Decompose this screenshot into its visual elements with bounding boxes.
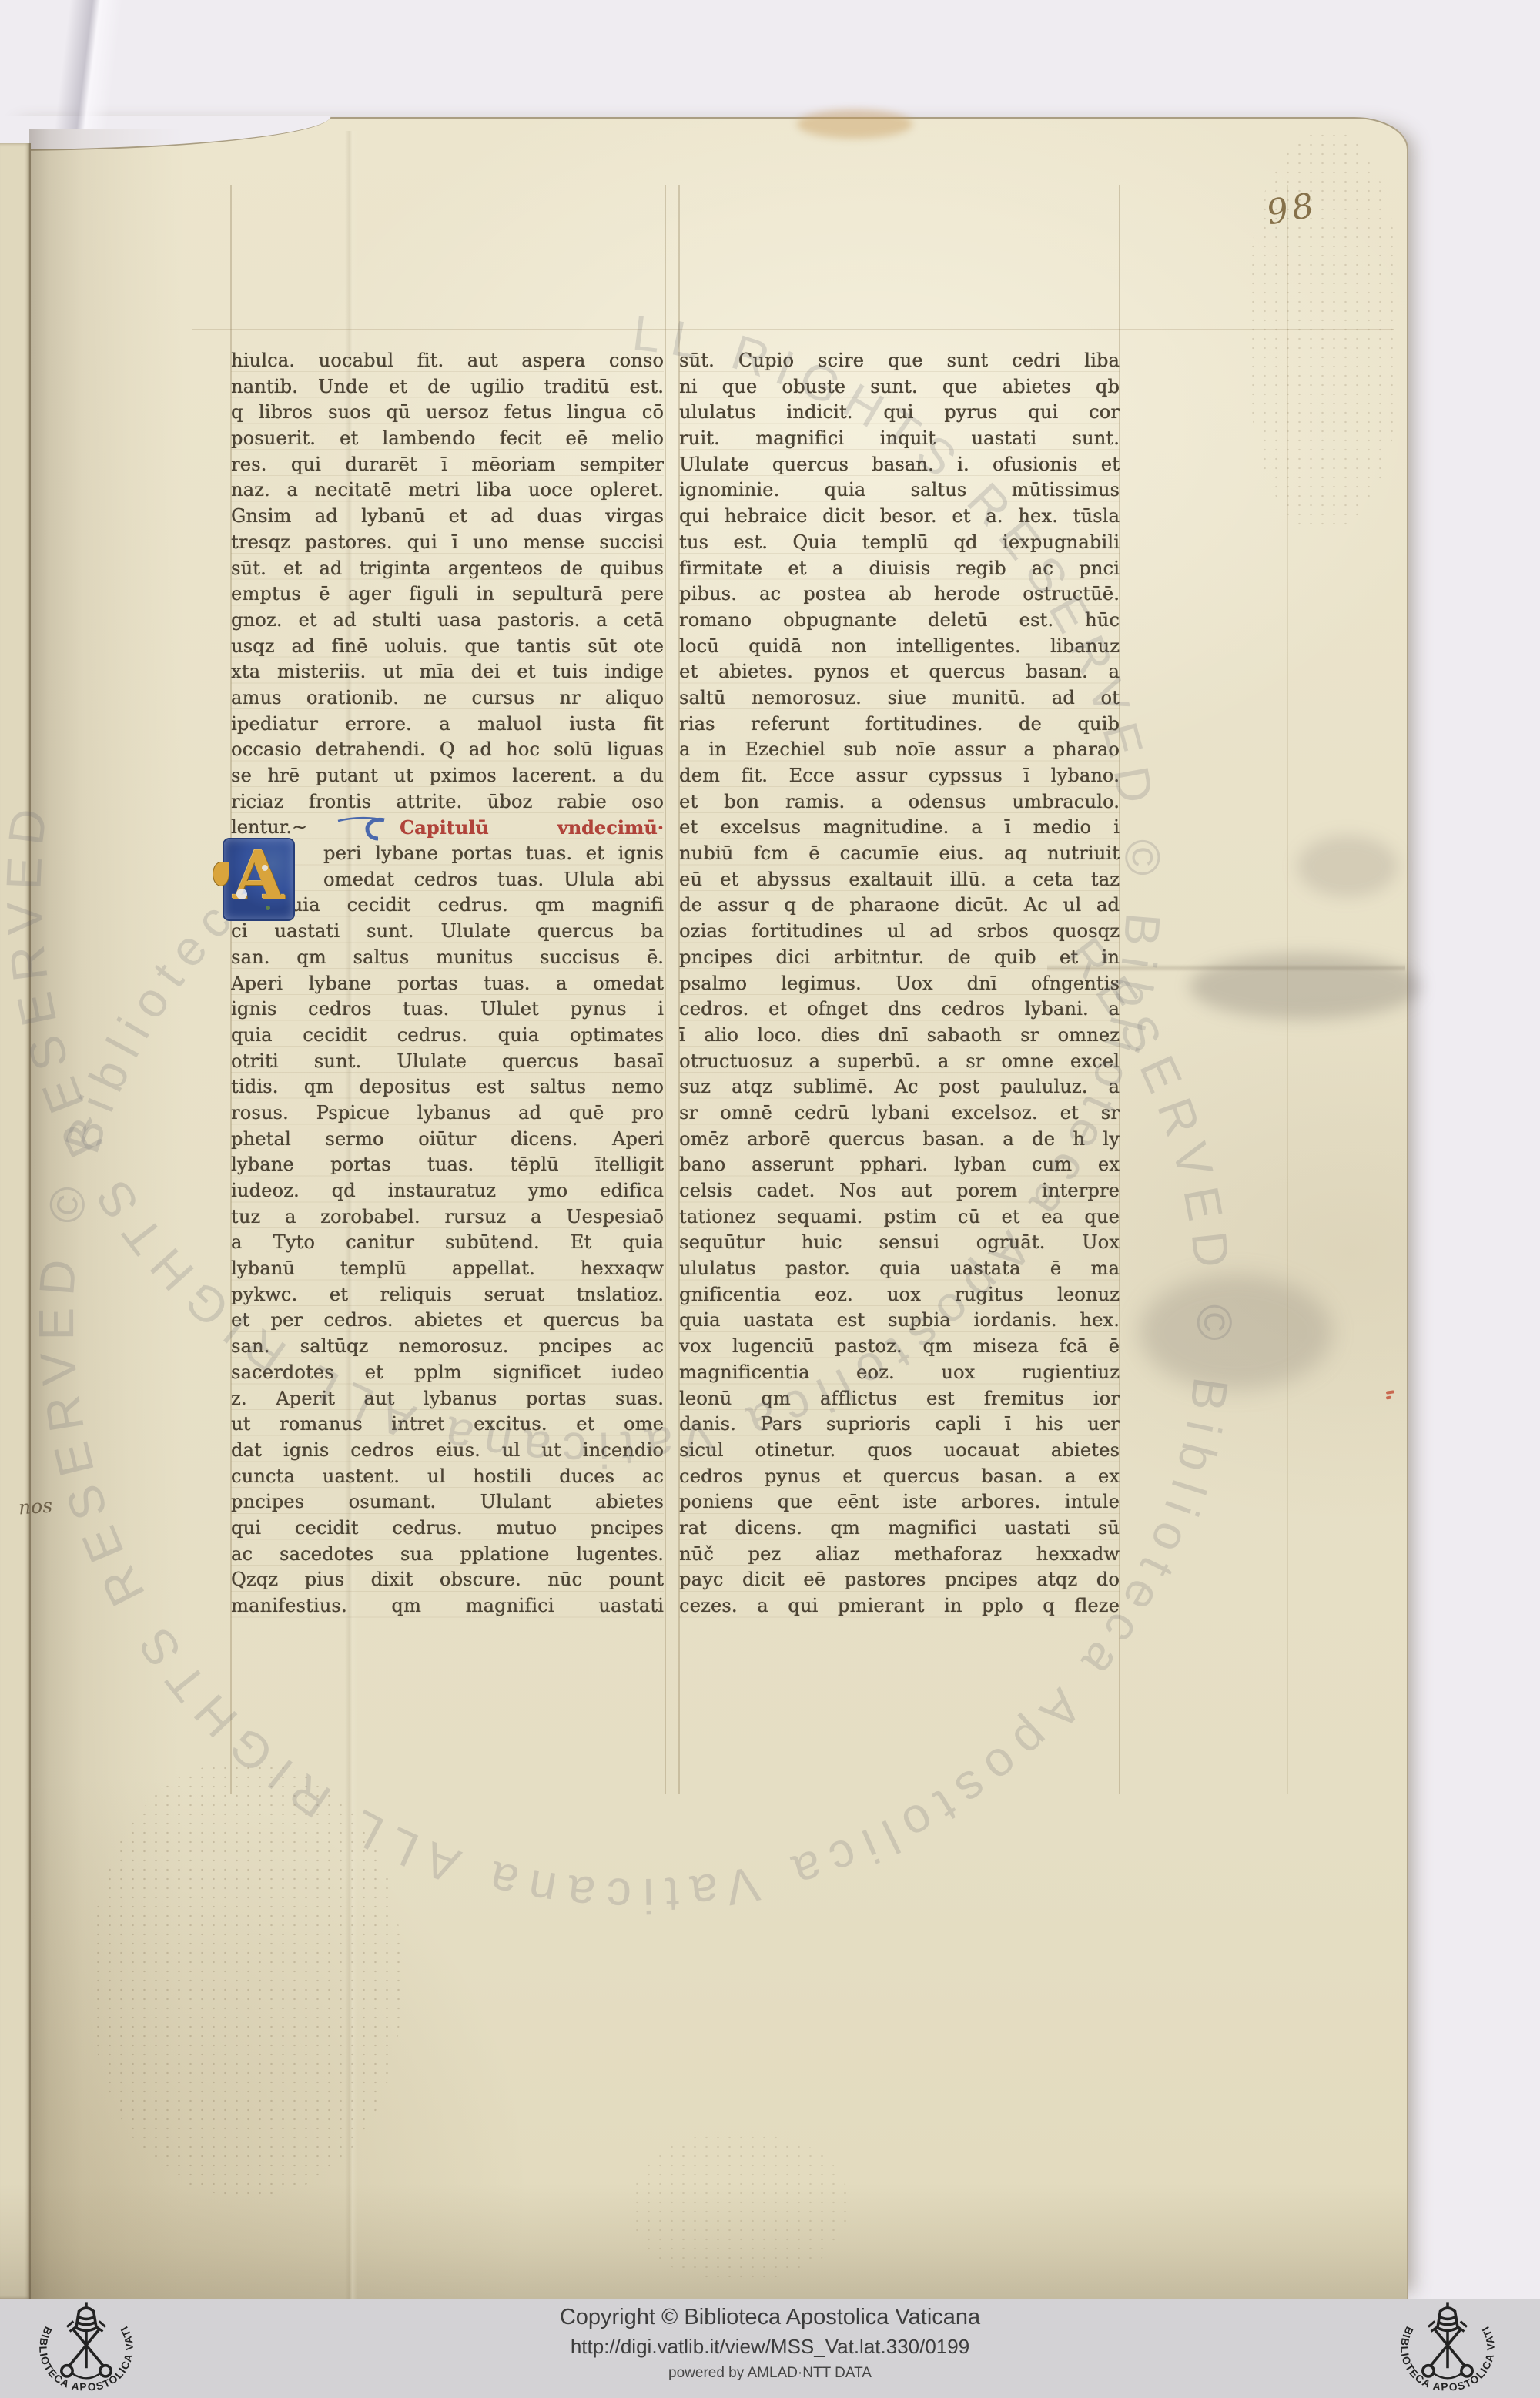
left-column-upper-lines: hiulca. uocabul fit. aut aspera consonan… — [231, 348, 664, 815]
manuscript-line: quia uastata est supbia iordanis. hex. — [679, 1308, 1120, 1334]
manuscript-line: ignominie. quia saltus mūtissimus — [679, 477, 1120, 504]
manuscript-line: celsis cadet. Nos aut porem interpre — [679, 1178, 1120, 1204]
manuscript-line: nubiū fcm ē cacumīe eius. aq nutriuit — [679, 841, 1120, 867]
manuscript-line: tidis. qm depositus est saltus nemo — [231, 1074, 664, 1100]
manuscript-line: gnoz. et ad stulti uasa pastoris. a cetā — [231, 608, 664, 634]
manuscript-line: suz atqz sublimē. Ac post paululuz. a — [679, 1074, 1120, 1100]
manuscript-line: payc dicit eē pastores pncipes atqz do — [679, 1567, 1120, 1593]
chapter-heading-rubric: Capitulū vndecimū· — [400, 815, 664, 841]
manuscript-line: nūč pez aliaz methaforaz hexxadw — [679, 1542, 1120, 1568]
manuscript-line: posuerit. et lambendo fecit eē melio — [231, 426, 664, 452]
manuscript-line: cezes. a qui pmierant in pplo q fleze — [679, 1593, 1120, 1619]
footer-url: http://digi.vatlib.it/view/MSS_Vat.lat.3… — [571, 2333, 969, 2360]
parchment-freckles — [1247, 131, 1401, 531]
initial-indented-lines: peri lybane portas tuas. et ignisomedat … — [231, 841, 664, 893]
manuscript-line: sicul otinetur. quos uocauat abietes — [679, 1438, 1120, 1464]
manuscript-line: otructuosuz a superbū. a sr omne excel — [679, 1049, 1120, 1075]
manuscript-line: rat dicens. qm magnifici uastati sū — [679, 1515, 1120, 1542]
manuscript-line: ac sacedotes sua pplatione lugentes. — [231, 1542, 664, 1568]
manuscript-line: et excelsus magnitudine. a ī medio i — [679, 815, 1120, 841]
manuscript-line: qui hebraice dicit besor. et a. hex. tūs… — [679, 504, 1120, 530]
manuscript-line: cedros. et ofnget dns cedros lybani. a — [679, 996, 1120, 1023]
manuscript-line: cedros pynus et quercus basan. a ex — [679, 1464, 1120, 1490]
manuscript-line: lybane portas tuas. tēplū ītelligit — [231, 1152, 664, 1178]
parchment-freckles — [631, 2133, 847, 2279]
chapter-heading-line: lentur.~ Capitulū vndecimū· — [231, 815, 664, 841]
manuscript-line: pncipes dici arbitntur. de quib et in — [679, 945, 1120, 971]
manuscript-line: a Tyto canitur subūtend. Et quia — [231, 1230, 664, 1256]
manuscript-line: sequūtur huic sensui ogruāt. Uox — [679, 1230, 1120, 1256]
manuscript-line: et abietes. pynos et quercus basan. a — [679, 659, 1120, 685]
manuscript-line: rias referunt fortitudines. de quib — [679, 712, 1120, 738]
margin-ruling-line — [1287, 185, 1288, 1794]
manuscript-line: ululatus pastor. quia uastata ē ma — [679, 1256, 1120, 1282]
paraph-mark-icon — [333, 815, 389, 841]
manuscript-line: manifestius. qm magnifici uastati — [231, 1593, 664, 1619]
margin-note: nos — [18, 1495, 53, 1519]
manuscript-line: nantib. Unde et de ugilio traditū est. — [231, 374, 664, 400]
manuscript-line: Aperi lybane portas tuas. a omedat — [231, 971, 664, 997]
manuscript-line: ut romanus intret excitus. et ome — [231, 1412, 664, 1438]
manuscript-line: amus orationib. ne cursus nr aliquo — [231, 685, 664, 712]
manuscript-line: pncipes osumant. Ululant abietes — [231, 1489, 664, 1515]
manuscript-line: leonū qm afflictus est fremitus ior — [679, 1386, 1120, 1412]
vatican-library-logo: BIBLIOTECA APOSTOLICA VATICANA — [1400, 2300, 1495, 2396]
illuminated-initial: A — [224, 839, 293, 919]
manuscript-line: omēz arborē quercus basan. a de h ly — [679, 1127, 1120, 1153]
right-column-lines: sūt. Cupio scire que sunt cedri libani q… — [679, 348, 1120, 1619]
papal-emblem-icon — [62, 2302, 111, 2378]
manuscript-line: san. qm saltus munitus succisus ē. — [231, 945, 664, 971]
manuscript-line: ci uastati sunt. Ululate quercus ba — [231, 919, 664, 945]
manuscript-line: dat ignis cedros eius. ul ut incendio — [231, 1438, 664, 1464]
manuscript-line: sr omnē cedrū lybani excelsoz. et sr — [679, 1100, 1120, 1127]
manuscript-line: xta misteriis. ut mīa dei et tuis indige — [231, 659, 664, 685]
manuscript-line: poniens que eēnt iste arbores. intule — [679, 1489, 1120, 1515]
manuscript-line: de assur q de pharaone dicūt. Ac ul ad — [679, 893, 1120, 919]
manuscript-line: qui cecidit cedrus. mutuo pncipes — [231, 1515, 664, 1542]
footer-powered-by: powered by AMLAD·NTT DATA — [668, 2362, 872, 2385]
red-margin-marks — [1386, 1391, 1394, 1399]
manuscript-line: ululatus indicit. qui pyrus qui cor — [679, 400, 1120, 426]
manuscript-line: vox lugenciū pastoz. qm miseza fcā ē — [679, 1334, 1120, 1360]
manuscript-line: hiulca. uocabul fit. aut aspera conso — [231, 348, 664, 374]
vatican-library-logo: BIBLIOTECA APOSTOLICA VATICANA — [38, 2300, 134, 2396]
manuscript-line: pykwc. et reliquis seruat tnslatioz. — [231, 1282, 664, 1308]
manuscript-line: ī alio loco. dies dnī sabaoth sr omnez — [679, 1023, 1120, 1049]
manuscript-line: se hrē putant ut pximos lacerent. a du — [231, 763, 664, 789]
manuscript-line: sūt. Cupio scire que sunt cedri liba — [679, 348, 1120, 374]
stain — [1190, 953, 1421, 1020]
manuscript-line: lybanū templū appellat. hexxaqw — [231, 1256, 664, 1282]
manuscript-line: riciaz frontis attrite. ūboz rabie oso — [231, 789, 664, 816]
manuscript-line: tresqz pastores. qui ī uno mense succisi — [231, 530, 664, 556]
manuscript-line: naz. a necitatē metri liba uoce opleret. — [231, 477, 664, 504]
right-text-column: sūt. Cupio scire que sunt cedri libani q… — [679, 348, 1120, 1619]
manuscript-line: magnificentia eoz. uox rugientiuz — [679, 1360, 1120, 1386]
manuscript-line: omedat cedros tuas. Ulula abi — [323, 867, 664, 893]
under-page-edge — [0, 143, 31, 2299]
manuscript-line: tuz a zorobabel. rursuz a Uespesiaō — [231, 1204, 664, 1231]
manuscript-line: tationez sequami. pstim cū et ea que — [679, 1204, 1120, 1231]
manuscript-line: et per cedros. abietes et quercus ba — [231, 1308, 664, 1334]
manuscript-line: san. saltūqz nemorosuz. pncipes ac — [231, 1334, 664, 1360]
manuscript-line: psalmo legimus. Uox dnī ofngentis — [679, 971, 1120, 997]
stain — [797, 109, 912, 139]
manuscript-line: Qzqz pius dixit obscure. nūc pount — [231, 1567, 664, 1593]
manuscript-line: Gnsim ad lybanū et ad duas virgas — [231, 504, 664, 530]
manuscript-line: iudeoz. qd instauratuz ymo edifica — [231, 1178, 664, 1204]
manuscript-line: firmitate et a diuisis regib ac pnci — [679, 556, 1120, 582]
manuscript-line: es quia cecidit cedrus. qm magnifi — [231, 893, 664, 919]
manuscript-line: tus est. Quia templū qd iexpugnabili — [679, 530, 1120, 556]
manuscript-line: emptus ē ager figuli in sepulturā pere — [231, 581, 664, 608]
manuscript-line: ozias fortitudines ul ad srbos quosqz — [679, 919, 1120, 945]
manuscript-line: sūt. et ad triginta argenteos de quibus — [231, 556, 664, 582]
manuscript-line: danis. Pars suprioris capli ī his uer — [679, 1412, 1120, 1438]
manuscript-line: cuncta uastent. ul hostili duces ac — [231, 1464, 664, 1490]
manuscript-line: res. qui durarēt ī mēoriam sempiter — [231, 452, 664, 478]
manuscript-line: quia cecidit cedrus. quia optimates — [231, 1023, 664, 1049]
manuscript-line: otriti sunt. Ululate quercus basaī — [231, 1049, 664, 1075]
initial-letter: A — [224, 836, 293, 916]
footer-copyright: Copyright © Biblioteca Apostolica Vatica… — [560, 2302, 980, 2333]
manuscript-line: sacerdotes et pplm significet iudeo — [231, 1360, 664, 1386]
manuscript-line: rosus. Pspicue lybanus ad quē pro — [231, 1100, 664, 1127]
manuscript-line: pibus. ac postea ab herode ostructūē. — [679, 581, 1120, 608]
manuscript-line: gnificentia eoz. uox rugitus leonuz — [679, 1282, 1120, 1308]
manuscript-line: eū et abyssus exaltauit illū. a ceta taz — [679, 867, 1120, 893]
manuscript-line: usqz ad finē uoluis. que tantis sūt ote — [231, 634, 664, 660]
stain — [1140, 1274, 1332, 1390]
backing-sheet-fold — [31, 0, 146, 129]
manuscript-line: ruit. magnifici inquit uastati sunt. — [679, 426, 1120, 452]
manuscript-line: phetal sermo oiūtur dicens. Aperi — [231, 1127, 664, 1153]
left-text-column: hiulca. uocabul fit. aut aspera consonan… — [231, 348, 664, 1619]
manuscript-line: peri lybane portas tuas. et ignis — [323, 841, 664, 867]
manuscript-line: dem fit. Ecce assur cypssus ī lybano. — [679, 763, 1120, 789]
papal-emblem-icon — [1423, 2302, 1472, 2378]
manuscript-line: q libros suos qū uersoz fetus lingua cō — [231, 400, 664, 426]
manuscript-line: ni que obuste sunt. que abietes qb — [679, 374, 1120, 400]
footer-text-block: Copyright © Biblioteca Apostolica Vatica… — [0, 2299, 1540, 2398]
manuscript-line: saltū nemorosuz. siue munitū. ad ot — [679, 685, 1120, 712]
manuscript-line: ipediatur errore. a maluol iusta fit — [231, 712, 664, 738]
left-column-lower-lines: es quia cecidit cedrus. qm magnifici uas… — [231, 893, 664, 1619]
column-ruling-line — [665, 185, 666, 1794]
stain — [1297, 836, 1398, 897]
footer-bar: Copyright © Biblioteca Apostolica Vatica… — [0, 2299, 1540, 2398]
manuscript-line: romano obpugnante deletū est. hūc — [679, 608, 1120, 634]
manuscript-line: ignis cedros tuas. Ululet pynus i — [231, 996, 664, 1023]
manuscript-line: et bon ramis. a odensus umbraculo. — [679, 789, 1120, 816]
parchment-freckles — [92, 1763, 400, 2195]
manuscript-line: Ululate quercus basan. i. ofusionis et — [679, 452, 1120, 478]
top-ruling-line — [192, 329, 1394, 330]
manuscript-line: locū quidā non intelligentes. libanuz — [679, 634, 1120, 660]
manuscript-scan-photo: 98 nos hiulca. uocabul fit. aut aspera c… — [0, 0, 1540, 2299]
manuscript-line: occasio detrahendi. Q ad hoc solū liguas — [231, 737, 664, 763]
manuscript-line: bano asserunt pphari. lyban cum ex — [679, 1152, 1120, 1178]
manuscript-line: a in Ezechiel sub noīe assur a pharao — [679, 737, 1120, 763]
manuscript-line: z. Aperit aut lybanus portas suas. — [231, 1386, 664, 1412]
